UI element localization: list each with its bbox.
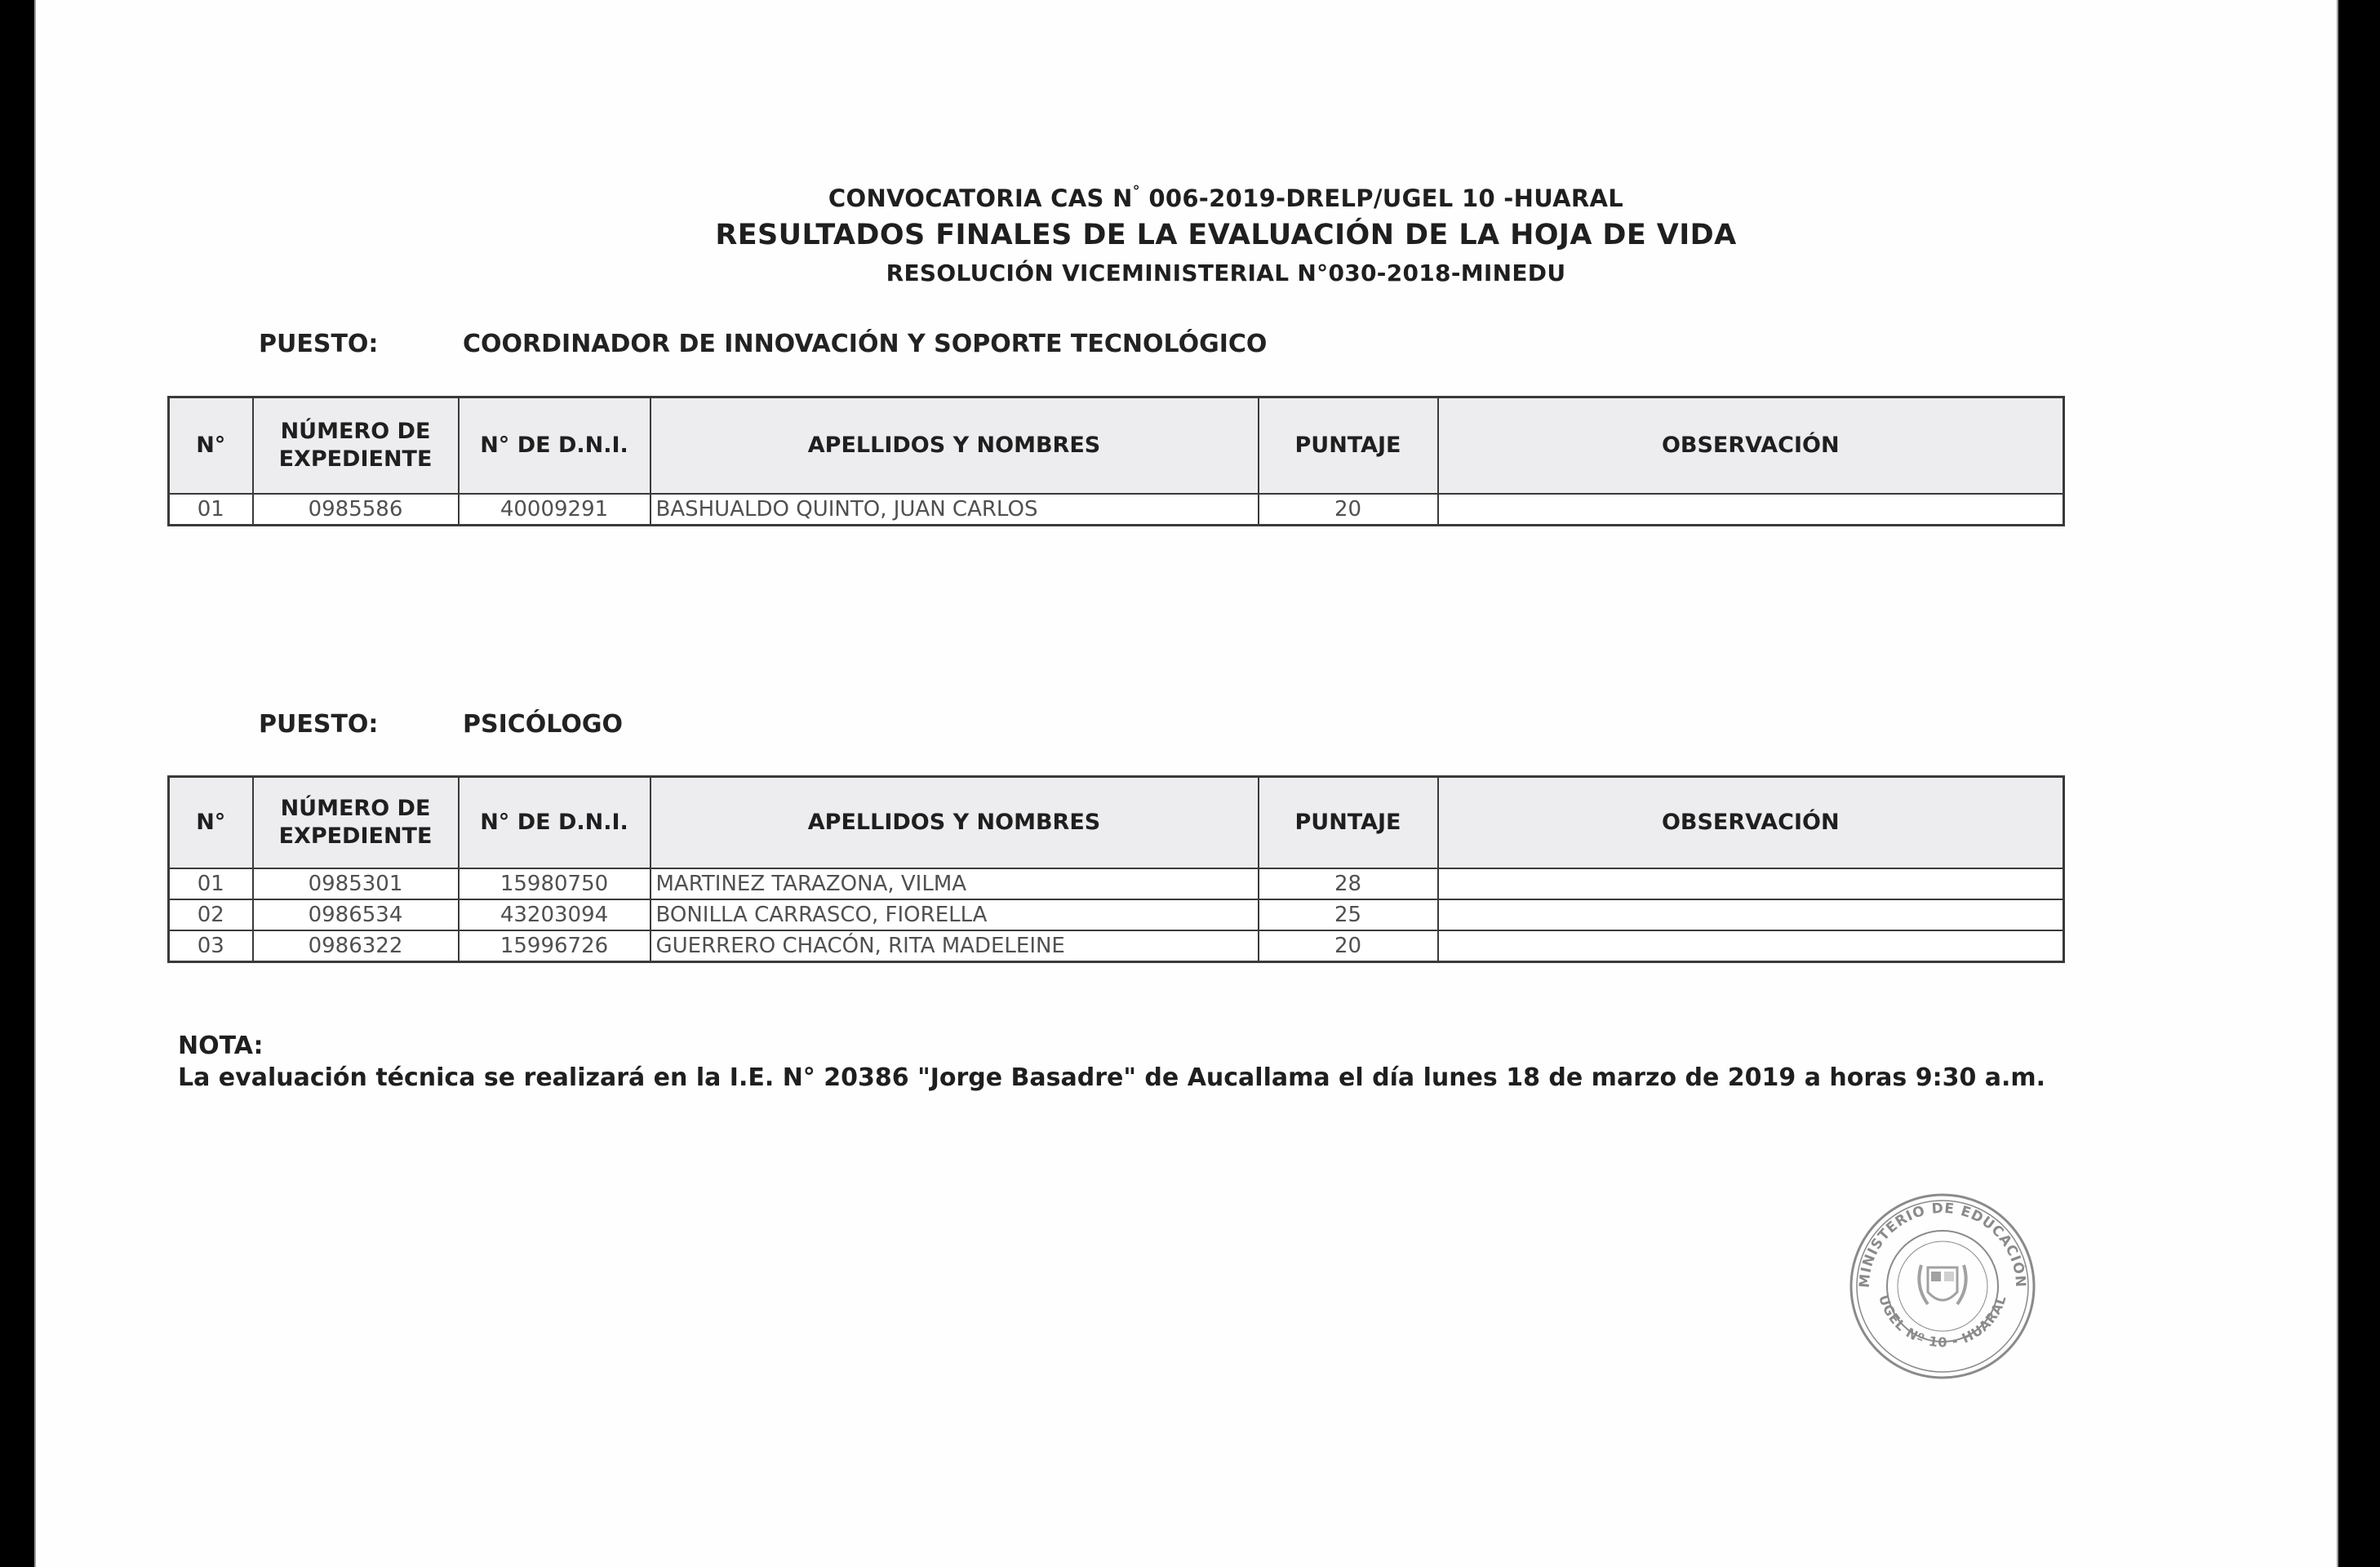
cell-nombre: BASHUALDO QUINTO, JUAN CARLOS — [651, 494, 1259, 526]
results-title: RESULTADOS FINALES DE LA EVALUACIÓN DE L… — [36, 219, 2380, 251]
cell-nombre: BONILLA CARRASCO, FIORELLA — [651, 899, 1259, 930]
cell-dni: 43203094 — [459, 899, 651, 930]
cell-n: 03 — [169, 930, 253, 962]
col-header-expediente: NÚMERO DE EXPEDIENTE — [253, 777, 459, 868]
col-header-nombres: APELLIDOS Y NOMBRES — [651, 777, 1259, 868]
col-header-dni: N° DE D.N.I. — [459, 397, 651, 494]
svg-text:UGEL Nº 10 - HUARAL: UGEL Nº 10 - HUARAL — [1876, 1293, 2009, 1350]
cell-puntaje: 28 — [1259, 868, 1438, 899]
col-header-n: N° — [169, 777, 253, 868]
col-header-nombres: APELLIDOS Y NOMBRES — [651, 397, 1259, 494]
table-row: 01 0985586 40009291 BASHUALDO QUINTO, JU… — [169, 494, 2064, 526]
cell-n: 02 — [169, 899, 253, 930]
cell-expediente: 0985586 — [253, 494, 459, 526]
puesto-label: PUESTO: — [259, 330, 463, 358]
nota-block: NOTA: La evaluación técnica se realizará… — [178, 1030, 2137, 1094]
puesto-value: PSICÓLOGO — [463, 710, 623, 739]
svg-text:MINISTERIO DE EDUCACIÓN: MINISTERIO DE EDUCACIÓN — [1857, 1201, 2029, 1289]
seal-top-text: MINISTERIO DE EDUCACIÓN — [1857, 1201, 2029, 1289]
cell-observacion — [1438, 899, 2064, 930]
cell-nombre: GUERRERO CHACÓN, RITA MADELEINE — [651, 930, 1259, 962]
cell-observacion — [1438, 868, 2064, 899]
cell-nombre: MARTINEZ TARAZONA, VILMA — [651, 868, 1259, 899]
official-seal-icon: MINISTERIO DE EDUCACIÓN UGEL Nº 10 - HUA… — [1846, 1190, 2039, 1383]
cell-observacion — [1438, 494, 2064, 526]
col-header-expediente: NÚMERO DE EXPEDIENTE — [253, 397, 459, 494]
col-header-observacion: OBSERVACIÓN — [1438, 777, 2064, 868]
cell-puntaje: 25 — [1259, 899, 1438, 930]
col-header-n: N° — [169, 397, 253, 494]
results-table-2: N° NÚMERO DE EXPEDIENTE N° DE D.N.I. APE… — [167, 775, 2065, 963]
table-row: 03 0986322 15996726 GUERRERO CHACÓN, RIT… — [169, 930, 2064, 962]
degree-sign: ° — [1133, 183, 1140, 200]
col-header-puntaje: PUNTAJE — [1259, 397, 1438, 494]
cell-expediente: 0986322 — [253, 930, 459, 962]
puesto-value: COORDINADOR DE INNOVACIÓN Y SOPORTE TECN… — [463, 330, 1267, 358]
title-line1-prefix: CONVOCATORIA CAS N — [828, 184, 1133, 212]
puesto-heading-1: PUESTO:COORDINADOR DE INNOVACIÓN Y SOPOR… — [259, 330, 1267, 358]
cell-dni: 15980750 — [459, 868, 651, 899]
table-row: 01 0985301 15980750 MARTINEZ TARAZONA, V… — [169, 868, 2064, 899]
cell-n: 01 — [169, 868, 253, 899]
cell-puntaje: 20 — [1259, 494, 1438, 526]
title-line1-suffix: 006-2019-DRELP/UGEL 10 -HUARAL — [1140, 184, 1623, 212]
cell-dni: 40009291 — [459, 494, 651, 526]
cell-expediente: 0986534 — [253, 899, 459, 930]
seal-bottom-text: UGEL Nº 10 - HUARAL — [1876, 1293, 2009, 1350]
puesto-label: PUESTO: — [259, 710, 463, 739]
table-header-row: N° NÚMERO DE EXPEDIENTE N° DE D.N.I. APE… — [169, 777, 2064, 868]
puesto-heading-2: PUESTO:PSICÓLOGO — [259, 710, 623, 739]
cell-n: 01 — [169, 494, 253, 526]
col-header-dni: N° DE D.N.I. — [459, 777, 651, 868]
cell-dni: 15996726 — [459, 930, 651, 962]
table-row: 02 0986534 43203094 BONILLA CARRASCO, FI… — [169, 899, 2064, 930]
col-header-observacion: OBSERVACIÓN — [1438, 397, 2064, 494]
cell-observacion — [1438, 930, 2064, 962]
convocatoria-title: CONVOCATORIA CAS N° 006-2019-DRELP/UGEL … — [36, 184, 2380, 212]
col-header-puntaje: PUNTAJE — [1259, 777, 1438, 868]
results-table-1: N° NÚMERO DE EXPEDIENTE N° DE D.N.I. APE… — [167, 396, 2065, 526]
nota-label: NOTA: — [178, 1030, 2137, 1062]
cell-puntaje: 20 — [1259, 930, 1438, 962]
nota-text: La evaluación técnica se realizará en la… — [178, 1063, 2045, 1092]
cell-expediente: 0985301 — [253, 868, 459, 899]
table-header-row: N° NÚMERO DE EXPEDIENTE N° DE D.N.I. APE… — [169, 397, 2064, 494]
resolution-title: RESOLUCIÓN VICEMINISTERIAL N°030-2018-MI… — [36, 260, 2380, 286]
